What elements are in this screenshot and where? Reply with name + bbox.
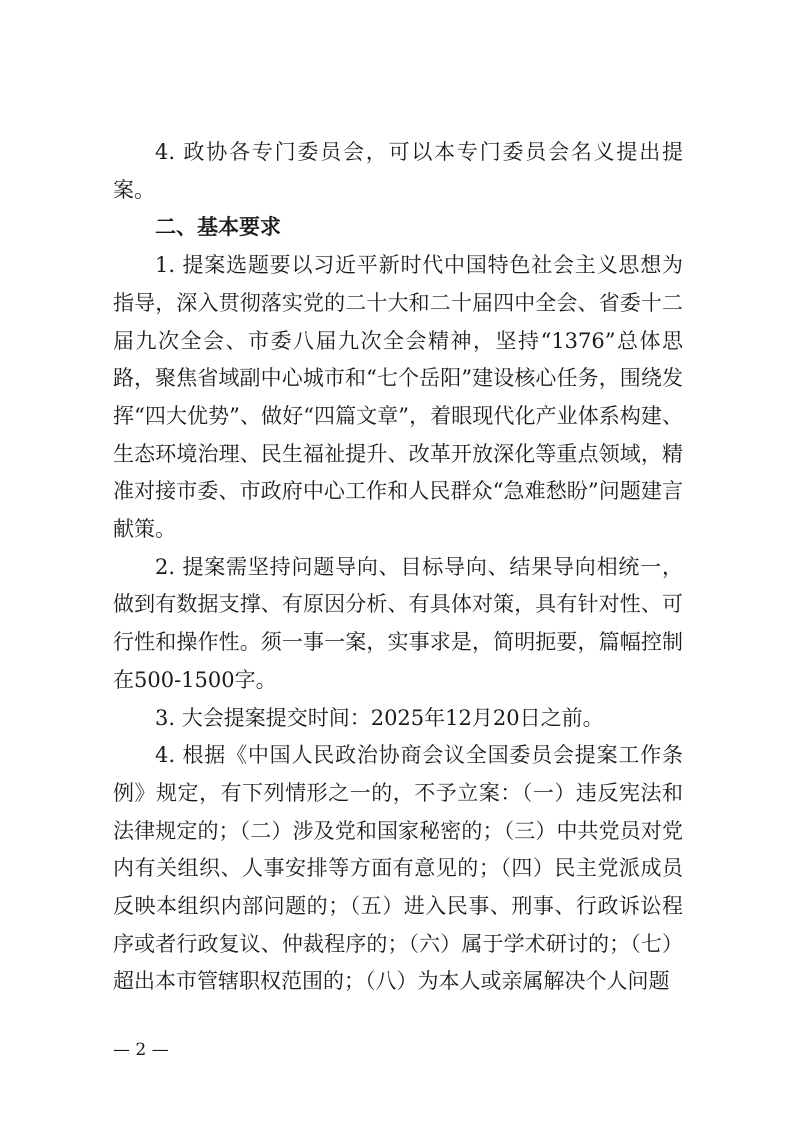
paragraph-committee-proposals: 4. 政协各专门委员会，可以本专门委员会名义提出提案。 xyxy=(113,134,683,209)
paragraph-requirement-1: 1. 提案选题要以习近平新时代中国特色社会主义思想为指导，深入贯彻落实党的二十大… xyxy=(113,247,683,549)
document-page: 4. 政协各专门委员会，可以本专门委员会名义提出提案。 二、基本要求 1. 提案… xyxy=(113,134,683,1001)
page-number: — 2 — xyxy=(113,1040,169,1060)
paragraph-requirement-3: 3. 大会提案提交时间：2025年12月20日之前。 xyxy=(113,700,683,738)
section-heading-basic-requirements: 二、基本要求 xyxy=(113,209,683,247)
paragraph-requirement-2: 2. 提案需坚持问题导向、目标导向、结果导向相统一，做到有数据支撑、有原因分析、… xyxy=(113,549,683,700)
paragraph-requirement-4: 4. 根据《中国人民政治协商会议全国委员会提案工作条例》规定，有下列情形之一的，… xyxy=(113,737,683,1001)
